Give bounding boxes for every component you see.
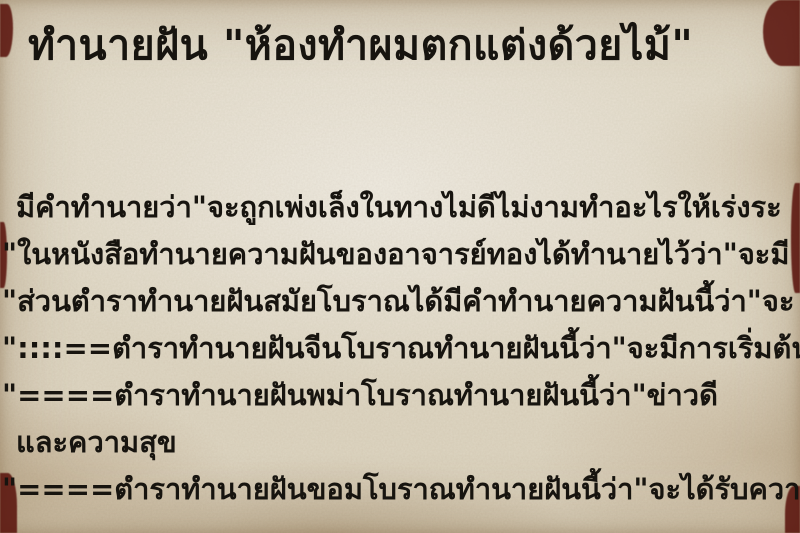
page-title: ทำนายฝัน "ห้องทำผมตกแต่งด้วยไม้" [28,14,693,76]
prediction-line: "====ตำราทำนายฝันขอมโบราณทำนายฝันนี้ว่า"… [2,466,800,513]
prediction-line: "ส่วนตำราทำนายฝันสมัยโบราณได้มีคำทำนายคว… [2,278,800,325]
stain-top-right [763,0,800,66]
prediction-line: มีคำทำนายว่า"จะถูกเพ่งเล็งในทางไม่ดีไม่ง… [2,184,800,231]
prediction-line: และความสุข [2,419,800,466]
prediction-line: "ในหนังสือทำนายความฝันของอาจารย์ทองได้ทำ… [2,231,800,278]
prediction-line: "====ตำราทำนายฝันพม่าโบราณทำนายฝันนี้ว่า… [2,372,800,419]
paper-background: ทำนายฝัน "ห้องทำผมตกแต่งด้วยไม้" มีคำทำน… [0,0,800,533]
prediction-line: "::::==ตำราทำนายฝันจีนโบราณทำนายฝันนี้ว่… [2,325,800,372]
prediction-text-block: มีคำทำนายว่า"จะถูกเพ่งเล็งในทางไม่ดีไม่ง… [2,184,800,513]
stain-top-left [0,4,13,57]
